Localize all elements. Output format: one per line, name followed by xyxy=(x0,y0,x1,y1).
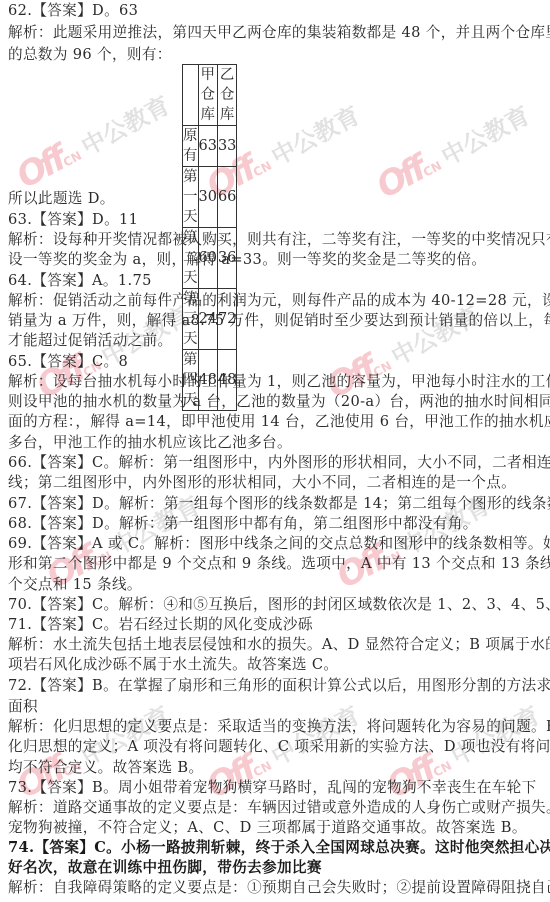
q71-analysis: 解析：水土流失包括土地表层侵蚀和水的损失。A、D 显然符合定义；B 项属于水的损… xyxy=(8,634,548,655)
table-row: 原有 63 33 xyxy=(183,126,237,167)
table-header-cell: 乙仓库 xyxy=(217,65,236,126)
q68-answer: 68.【答案】D。解析：第一组图形中都有角，第二组图形中都没有角。 xyxy=(8,513,548,534)
q72-answer: 面积 xyxy=(8,696,548,717)
q72-analysis: 解析：化归思想的定义要点是：采取适当的变换方法，将问题转化为容易的问题。B 项符… xyxy=(8,716,548,737)
q65-analysis: 面的方程：，解得 a=14，即甲池使用 14 台，乙池使用 6 台，甲池工作的抽… xyxy=(8,411,548,432)
q74-analysis: 解析：自我障碍策略的定义要点是：①预期自己会失败时；②提前设置障碍阻挠自己获得成 xyxy=(8,877,548,898)
table-cell: 63 xyxy=(198,126,217,167)
q63-answer: 63.【答案】D。11 xyxy=(8,209,548,230)
q65-analysis: 多台，甲池工作的抽水机应该比乙池多台。 xyxy=(8,432,548,453)
q65-analysis: 则设甲池的抽水机的数量为 a 台，乙池的数量为（20-a）台，两池的抽水时间相同… xyxy=(8,391,548,412)
q72-analysis: 化归思想的定义；A 项没有将问题转化、C 项采用新的实验方法、D 项也没有将问题… xyxy=(8,736,548,757)
q72-analysis: 均不符合定义。故答案选 B。 xyxy=(8,757,548,778)
q66-answer: 线；第二组图形中，内外图形的形状相同，大小不同，二者相连的是一个点。 xyxy=(8,472,548,493)
table-cell: 33 xyxy=(217,126,236,167)
table-cell: 原有 xyxy=(183,126,199,167)
q69-answer: 形和第二个图形中都是 9 个交点和 9 条线。选项中，A 中有 13 个交点和 … xyxy=(8,553,548,574)
document-page: OffCN 中公教育 OffCN 中公教育 OffCN 中公教育 OffCN 中… xyxy=(0,0,550,902)
q70-answer: 70.【答案】C。解析：④和⑤互换后，图形的封闭区域数依次是 1、2、3、4、5… xyxy=(8,594,548,615)
q67-answer: 67.【答案】D。解析：第一组每个图形的线条数都是 14；第二组每个图形的线条数… xyxy=(8,493,548,514)
q72-answer: 72.【答案】B。在掌握了扇形和三角形的面积计算公式以后，用图形分割的方法求出弓… xyxy=(8,675,548,696)
q62-conclusion: 所以此题选 D。 xyxy=(8,188,548,209)
q63-analysis: 设一等奖的奖金为 a，则，解得 a=33。则一等奖的奖金是二等奖的倍。 xyxy=(8,249,548,270)
q63-analysis: 解析：设每种开奖情况都被人购买，则共有注，二等奖有注，一等奖的中奖情况只有一种， xyxy=(8,229,548,250)
q71-analysis: 项岩石风化成沙砾不属于水土流失。故答案选 C。 xyxy=(8,654,548,675)
q66-answer: 66.【答案】C。解析：第一组图形中，内外图形的形状相同，大小不同，二者相连的是… xyxy=(8,452,548,473)
q73-analysis: 宠物狗被撞，不符合定义；A、C、D 三项都属于道路交通事故。故答案选 B。 xyxy=(8,817,548,838)
q64-answer: 64.【答案】A。1.75 xyxy=(8,270,548,291)
q65-answer: 65.【答案】C。8 xyxy=(8,351,548,372)
q62-answer: 62.【答案】D。63 xyxy=(8,0,548,21)
q65-analysis: 解析：设每台抽水机每小时的工作量为 1，则乙池的容量为，甲池每小时注水的工作量为… xyxy=(8,371,548,392)
q73-answer: 73.【答案】B。周小姐带着宠物狗横穿马路时，乱闯的宠物狗不幸丧生在车轮下 xyxy=(8,777,548,798)
q71-answer: 71.【答案】C。岩石经过长期的风化变成沙砾 xyxy=(8,614,548,635)
table-header-row: 甲仓库 乙仓库 xyxy=(183,65,237,126)
q64-analysis: 解析：促销活动之前每件产品的利润为元，则每件产品的成本为 40-12=28 元，… xyxy=(8,290,548,311)
q74-answer: 74.【答案】C。小杨一路披荆斩棘，终于杀入全国网球总决赛。这时他突然担心决赛拿… xyxy=(8,837,548,858)
table-header-cell: 甲仓库 xyxy=(198,65,217,126)
q69-answer: 69.【答案】A 或 C。解析：图形中线条之间的交点总数和图形中的线条数相等。如… xyxy=(8,533,548,554)
table-header-cell xyxy=(183,65,199,126)
q64-analysis: 销量为 a 万件，则，解得 a8.75 万件，则促销时至少要达到预计销量的倍以上… xyxy=(8,310,548,331)
q73-analysis: 解析：道路交通事故的定义要点是：车辆因过错或意外造成的人身伤亡或财产损失。B 项… xyxy=(8,797,548,818)
q74-answer: 好名次，故意在训练中扭伤脚，带伤去参加比赛 xyxy=(8,857,548,878)
q62-analysis: 的总数为 96 个，则有： xyxy=(8,44,548,65)
q69-answer: 个交点和 15 条线。 xyxy=(8,574,548,595)
watermark: OffCN 中公教育 xyxy=(10,83,176,196)
q64-analysis: 才能超过促销活动之前。 xyxy=(8,330,548,351)
q62-analysis: 解析：此题采用逆推法，第四天甲乙两仓库的集装箱数都是 48 个，并且两个仓库里集… xyxy=(8,22,548,43)
